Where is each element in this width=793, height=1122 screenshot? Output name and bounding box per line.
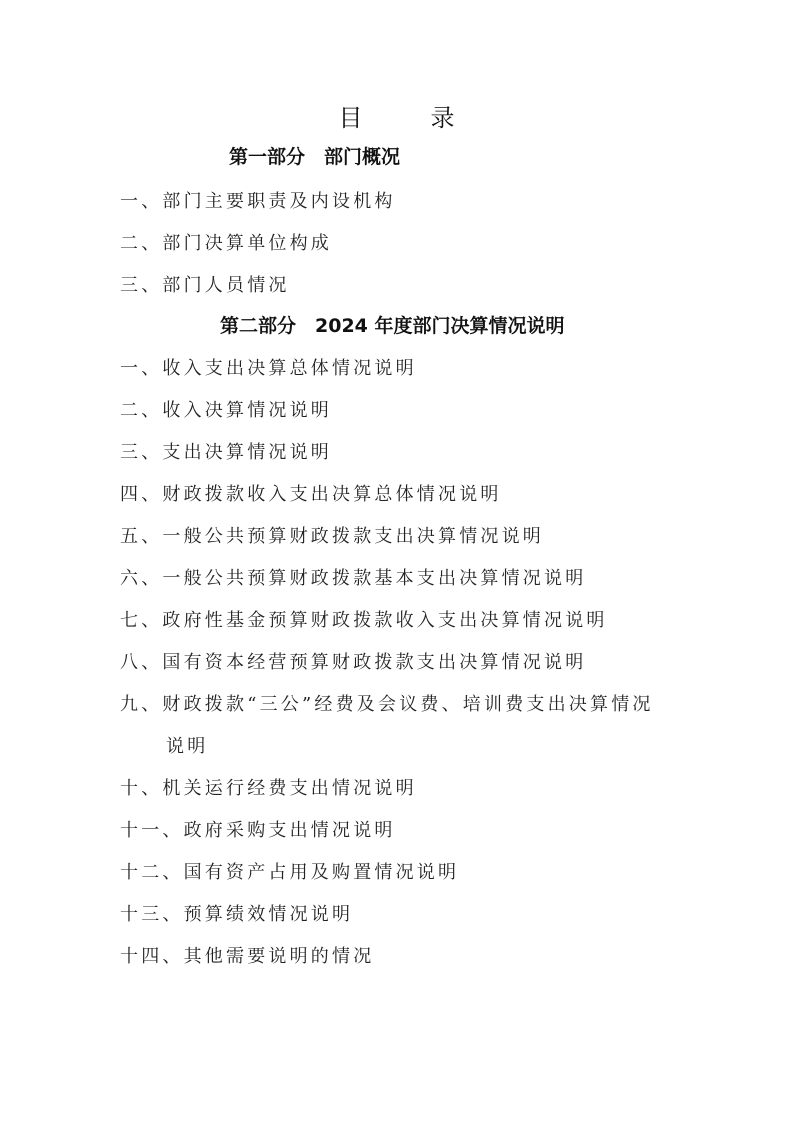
toc-item[interactable]: 七、政府性基金预算财政拨款收入支出决算情况说明 <box>120 607 608 635</box>
toc-item[interactable]: 十四、其他需要说明的情况 <box>120 943 374 971</box>
toc-item[interactable]: 九、财政拨款“三公”经费及会议费、培训费支出决算情况 <box>120 691 654 719</box>
toc-item[interactable]: 二、部门决算单位构成 <box>120 230 332 258</box>
toc-item[interactable]: 四、财政拨款收入支出决算总体情况说明 <box>120 481 502 509</box>
toc-item[interactable]: 二、收入决算情况说明 <box>120 397 332 425</box>
toc-item[interactable]: 一、收入支出决算总体情况说明 <box>120 355 417 383</box>
toc-item[interactable]: 五、一般公共预算财政拨款支出决算情况说明 <box>120 523 544 551</box>
toc-item[interactable]: 三、支出决算情况说明 <box>120 439 332 467</box>
toc-item[interactable]: 十、机关运行经费支出情况说明 <box>120 775 417 803</box>
document-page: 目 录 第一部分 部门概况 一、部门主要职责及内设机构 二、部门决算单位构成 三… <box>0 0 793 1122</box>
toc-item[interactable]: 八、国有资本经营预算财政拨款支出决算情况说明 <box>120 649 586 677</box>
toc-item[interactable]: 十二、国有资产占用及购置情况说明 <box>120 859 459 887</box>
toc-title: 目 录 <box>0 100 793 136</box>
toc-item[interactable]: 十三、预算绩效情况说明 <box>120 901 353 929</box>
part-two-heading: 第二部分 2024 年度部门决算情况说明 <box>220 312 565 340</box>
toc-item[interactable]: 六、一般公共预算财政拨款基本支出决算情况说明 <box>120 565 586 593</box>
toc-item[interactable]: 一、部门主要职责及内设机构 <box>120 188 396 216</box>
part-one-heading: 第一部分 部门概况 <box>229 143 400 171</box>
toc-item[interactable]: 三、部门人员情况 <box>120 272 290 300</box>
toc-item[interactable]: 十一、政府采购支出情况说明 <box>120 817 396 845</box>
toc-item-continuation[interactable]: 说明 <box>166 733 208 761</box>
